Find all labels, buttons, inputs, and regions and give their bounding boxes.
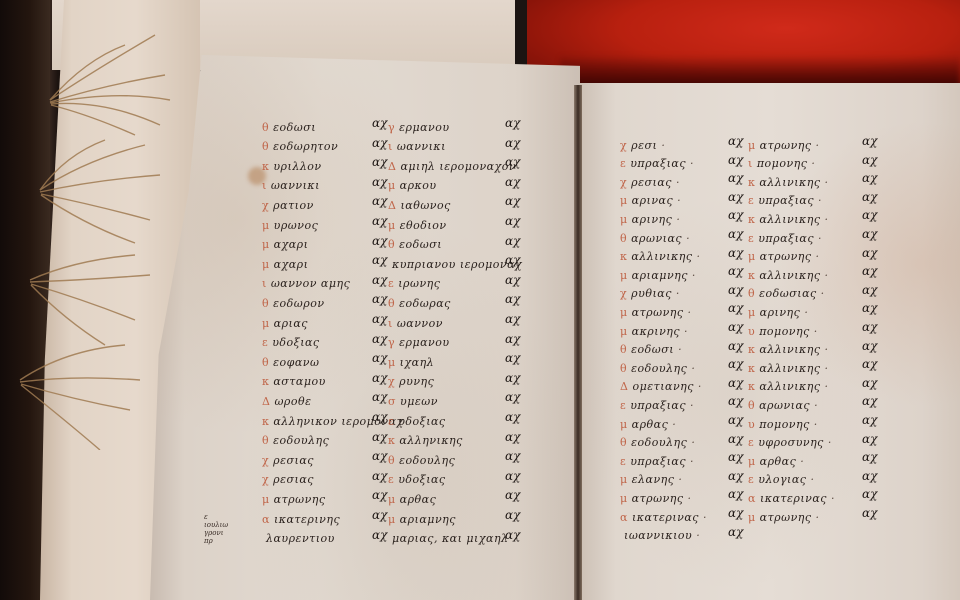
abbreviation-mark: αχ	[505, 371, 520, 385]
abbreviation-mark: αχ	[505, 136, 520, 150]
rubricated-initial: γ	[388, 336, 395, 349]
abbreviation-mark: αχ	[505, 116, 520, 130]
abbreviation-mark: αχ	[728, 506, 743, 520]
manuscript-entry: υπομονης·	[748, 322, 822, 340]
manuscript-entry: μαρινας·	[620, 192, 685, 210]
rubricated-initial: θ	[388, 297, 395, 310]
entry-name: αριαμνης	[632, 269, 688, 282]
entry-name: πομονης	[757, 157, 808, 170]
manuscript-entry: καλλινικης·	[748, 266, 833, 284]
abbreviation-mark: αχ	[728, 246, 743, 260]
abbreviation-mark: αχ	[862, 357, 877, 371]
abbreviation-mark: αχ	[505, 430, 520, 444]
manuscript-entry: θεοδωρας	[388, 294, 451, 312]
abbreviation-mark: αχ	[505, 214, 520, 228]
rubricated-initial: χ	[620, 139, 627, 152]
entry-name: υπραξιας	[630, 455, 686, 468]
manuscript-entry: κυριλλον	[262, 157, 322, 175]
abbreviation-mark: αχ	[372, 508, 387, 522]
manuscript-entry: ιπομονης·	[748, 155, 819, 173]
entry-name: πομονης	[759, 418, 810, 431]
dot-separator: ·	[690, 157, 694, 170]
abbreviation-mark: αχ	[505, 390, 520, 404]
manuscript-entry: αικατερινας·	[620, 508, 711, 526]
rubricated-initial: μ	[748, 139, 756, 152]
rubricated-initial: ι	[388, 317, 393, 330]
rubricated-initial: υ	[748, 418, 755, 431]
manuscript-entry: ματρωνης·	[620, 303, 696, 321]
abbreviation-mark: αχ	[372, 469, 387, 483]
abbreviation-mark: αχ	[862, 227, 877, 241]
abbreviation-mark: αχ	[505, 332, 520, 346]
abbreviation-mark: αχ	[728, 376, 743, 390]
abbreviation-mark: αχ	[728, 525, 743, 539]
manuscript-entry: ευπραξιας·	[620, 452, 698, 470]
manuscript-entry: θαρωνιας·	[748, 396, 822, 414]
abbreviation-mark: αχ	[862, 264, 877, 278]
abbreviation-mark: αχ	[505, 175, 520, 189]
entry-name: ικατερινης	[274, 513, 340, 526]
abbreviation-mark: αχ	[728, 283, 743, 297]
abbreviation-mark: αχ	[728, 357, 743, 371]
dot-separator: ·	[814, 418, 818, 431]
dot-separator: ·	[691, 436, 695, 449]
rubricated-initial: κ	[262, 415, 269, 428]
cover-edge	[515, 0, 527, 70]
abbreviation-mark: αχ	[728, 487, 743, 501]
dot-separator: ·	[814, 325, 818, 338]
rubricated-initial: μ	[748, 511, 756, 524]
manuscript-entry: ευπραξιας·	[620, 155, 698, 173]
fiber-tuft-icon	[15, 340, 145, 450]
rubricated-initial: μ	[620, 492, 628, 505]
dot-separator: ·	[692, 269, 696, 282]
rubricated-initial: χ	[262, 473, 269, 486]
dot-separator: ·	[825, 269, 829, 282]
entry-name: αλλινικης	[631, 250, 692, 263]
rubricated-initial: χ	[388, 375, 395, 388]
entry-name: υμεων	[400, 395, 438, 408]
entry-name: εοδουλης	[631, 436, 687, 449]
rubricated-initial: θ	[620, 362, 627, 375]
abbreviation-mark: αχ	[372, 371, 387, 385]
manuscript-entry: θεοδουλης	[262, 432, 329, 450]
abbreviation-mark: αχ	[728, 301, 743, 315]
entry-name: ακρινης	[632, 325, 680, 338]
manuscript-entry: μαρινης·	[748, 303, 812, 321]
abbreviation-mark: αχ	[505, 469, 520, 483]
abbreviation-mark: αχ	[728, 469, 743, 483]
entry-name: εοδουλης	[399, 454, 455, 467]
rubricated-initial: σ	[388, 395, 396, 408]
rubricated-initial: χ	[262, 454, 269, 467]
rubricated-initial: υ	[748, 325, 755, 338]
entry-name: ωαννον	[397, 317, 443, 330]
entry-name: αρθας	[632, 418, 669, 431]
entry-name: υπραξιας	[758, 232, 814, 245]
manuscript-entry: ιωαννικι	[388, 138, 446, 156]
rubricated-initial: ε	[262, 336, 268, 349]
abbreviation-mark: αχ	[505, 312, 520, 326]
manuscript-entry: ματρωνης·	[748, 248, 824, 266]
entry-name: ρυνης	[399, 375, 434, 388]
dot-separator: ·	[825, 213, 829, 226]
manuscript-entry: θεοφανω	[262, 353, 319, 371]
rubricated-initial: α	[262, 513, 270, 526]
abbreviation-mark: αχ	[728, 413, 743, 427]
manuscript-entry: ιωαννικιου·	[620, 527, 704, 545]
manuscript-entry: καλλινικης·	[748, 341, 833, 359]
manuscript-entry: συμεων	[388, 392, 438, 410]
rubricated-initial: μ	[262, 238, 270, 251]
abbreviation-mark: αχ	[372, 136, 387, 150]
entry-name: ερμανου	[399, 121, 449, 134]
entry-name: υπραξιας	[630, 399, 686, 412]
dot-separator: ·	[690, 455, 694, 468]
rubricated-initial: μ	[262, 258, 270, 271]
abbreviation-mark: αχ	[728, 153, 743, 167]
abbreviation-mark: αχ	[862, 208, 877, 222]
entry-name: ατρωνης	[632, 306, 684, 319]
manuscript-entry: καλλινικης·	[748, 210, 833, 228]
abbreviation-mark: αχ	[505, 273, 520, 287]
entry-name: αλλινικης	[759, 362, 820, 375]
entry-name: αρθας	[760, 455, 797, 468]
abbreviation-mark: αχ	[505, 351, 520, 365]
manuscript-entry: χρεσιας	[262, 451, 314, 469]
manuscript-entry: καλληνικης	[388, 432, 463, 450]
abbreviation-mark: αχ	[862, 190, 877, 204]
manuscript-entry: μαχαρι	[262, 236, 308, 254]
rubricated-initial: θ	[748, 287, 755, 300]
abbreviation-mark: αχ	[505, 253, 520, 267]
entry-name: εοδουλης	[273, 434, 329, 447]
manuscript-entry: ευπραξιας·	[748, 229, 826, 247]
manuscript-entry: χρυθιας·	[620, 285, 684, 303]
rubricated-initial: α	[620, 511, 628, 524]
dot-separator: ·	[816, 250, 820, 263]
dot-separator: ·	[814, 399, 818, 412]
rubricated-initial: ι	[748, 157, 753, 170]
dot-separator: ·	[698, 380, 702, 393]
entry-name: αρθας	[400, 493, 437, 506]
rubricated-initial: μ	[262, 317, 270, 330]
manuscript-entry: ιωαννον αμης	[262, 275, 350, 293]
abbreviation-mark: αχ	[505, 194, 520, 208]
entry-name: ελανης	[632, 473, 675, 486]
entry-name: υρωνος	[274, 219, 319, 232]
dot-separator: ·	[696, 529, 700, 542]
abbreviation-mark: αχ	[862, 134, 877, 148]
manuscript-entry: γερμανου	[388, 118, 450, 136]
abbreviation-mark: αχ	[862, 320, 877, 334]
entry-name: ατρωνης	[632, 492, 684, 505]
dot-separator: ·	[828, 436, 832, 449]
rubricated-initial: μ	[748, 306, 756, 319]
rubricated-initial: κ	[748, 176, 755, 189]
manuscript-entry: ιωαννον	[388, 314, 443, 332]
abbreviation-mark: αχ	[728, 190, 743, 204]
rubricated-initial: μ	[620, 194, 628, 207]
entry-name: ρεσιας	[631, 176, 672, 189]
abbreviation-mark: αχ	[372, 273, 387, 287]
rubricated-initial: κ	[620, 250, 627, 263]
manuscript-entry: γερμανου	[388, 334, 450, 352]
dot-separator: ·	[684, 325, 688, 338]
abbreviation-mark: αχ	[372, 449, 387, 463]
dot-separator: ·	[818, 194, 822, 207]
manuscript-entry: ευπραξιας·	[748, 192, 826, 210]
manuscript-entry: ευφροσυνης·	[748, 434, 836, 452]
manuscript-entry: αικατερινας·	[748, 489, 839, 507]
rubricated-initial: μ	[620, 306, 628, 319]
rubricated-initial: μ	[388, 356, 396, 369]
abbreviation-mark: αχ	[372, 351, 387, 365]
rubricated-initial: θ	[388, 454, 395, 467]
rubricated-initial: ε	[748, 473, 754, 486]
entry-name: αλλινικης	[759, 213, 820, 226]
dot-separator: ·	[811, 157, 815, 170]
rubricated-initial: μ	[388, 179, 396, 192]
rubricated-initial: θ	[262, 140, 269, 153]
entry-name: ρατιον	[273, 199, 314, 212]
manuscript-entry: κυπριανου ιερομοναχ	[388, 255, 522, 273]
rubricated-initial: θ	[748, 399, 755, 412]
rubricated-initial: χ	[620, 176, 627, 189]
entry-name: ασταμου	[273, 375, 325, 388]
manuscript-entry: χρεσι·	[620, 136, 669, 154]
entry-name: εοδωσι	[273, 121, 316, 134]
dot-separator: ·	[800, 455, 804, 468]
abbreviation-mark: αχ	[728, 264, 743, 278]
dot-separator: ·	[677, 194, 681, 207]
entry-name: αλλινικης	[759, 343, 820, 356]
margin-note: ε ιουλιω γρονι πρ	[204, 513, 228, 545]
manuscript-entry: ματρωνης	[262, 490, 326, 508]
abbreviation-mark: αχ	[862, 413, 877, 427]
abbreviation-mark: αχ	[862, 394, 877, 408]
margin-note-line: γρονι	[204, 529, 228, 537]
entry-name: αχαρι	[274, 258, 309, 271]
manuscript-entry: Δαμιηλ ιερομοναχον	[388, 157, 516, 175]
rubricated-initial: μ	[262, 493, 270, 506]
manuscript-entry: μαρθας·	[620, 415, 680, 433]
entry-name: ρεσιας	[273, 454, 314, 467]
abbreviation-mark: αχ	[372, 292, 387, 306]
margin-note-line: ε	[204, 513, 228, 521]
entry-name: ατρωνης	[760, 511, 812, 524]
entry-name: υδοξιας	[398, 415, 445, 428]
abbreviation-mark: αχ	[372, 430, 387, 444]
abbreviation-mark: αχ	[728, 450, 743, 464]
fiber-tuft-icon	[35, 135, 165, 245]
dot-separator: ·	[821, 287, 825, 300]
dot-separator: ·	[691, 362, 695, 375]
abbreviation-mark: αχ	[862, 171, 877, 185]
abbreviation-mark: αχ	[505, 449, 520, 463]
dot-separator: ·	[804, 306, 808, 319]
abbreviation-mark: αχ	[862, 246, 877, 260]
manuscript-entry: θεοδωρον	[262, 294, 325, 312]
entry-name: αχαρι	[274, 238, 309, 251]
rubricated-initial: ε	[620, 455, 626, 468]
manuscript-entry: μαχαρι	[262, 255, 308, 273]
manuscript-entry: Διαθωνος	[388, 196, 451, 214]
entry-name: αρκου	[400, 179, 437, 192]
dot-separator: ·	[825, 343, 829, 356]
rubricated-initial: ε	[620, 157, 626, 170]
manuscript-entry: Δομετιανης·	[620, 378, 706, 396]
manuscript-entry: μαρινης·	[620, 210, 684, 228]
entry-name: ιρωνης	[398, 277, 440, 290]
rubricated-initial: ι	[262, 277, 267, 290]
rubricated-initial: ι	[262, 179, 267, 192]
abbreviation-mark: αχ	[372, 312, 387, 326]
dot-separator: ·	[688, 306, 692, 319]
entry-name: αμιηλ ιερομοναχον	[400, 160, 516, 173]
rubricated-initial: μ	[620, 325, 628, 338]
manuscript-entry: καλλινικης·	[748, 359, 833, 377]
manuscript-entry: κασταμου	[262, 373, 326, 391]
abbreviation-mark: αχ	[862, 450, 877, 464]
abbreviation-mark: αχ	[372, 194, 387, 208]
entry-name: υπραξιας	[630, 157, 686, 170]
abbreviation-mark: αχ	[505, 488, 520, 502]
manuscript-photo: θεοδωσιαχθεοδωρητοναχκυριλλοναχιωαννικια…	[0, 0, 960, 600]
manuscript-entry: θεοδωρητον	[262, 138, 338, 156]
manuscript-entry: αικατερινης	[262, 510, 340, 528]
abbreviation-mark: αχ	[505, 528, 520, 542]
entry-name: ιχαηλ	[400, 356, 434, 369]
dot-separator: ·	[676, 176, 680, 189]
abbreviation-mark: αχ	[372, 488, 387, 502]
entry-name: υδοξιας	[272, 336, 319, 349]
abbreviation-mark: αχ	[862, 469, 877, 483]
rubricated-initial: χ	[620, 287, 627, 300]
abbreviation-mark: αχ	[505, 292, 520, 306]
manuscript-entry: ευλογιας·	[748, 471, 818, 489]
entry-name: υφροσυνης	[758, 436, 824, 449]
rubricated-initial: μ	[620, 418, 628, 431]
entry-name: ωροθε	[274, 395, 311, 408]
rubricated-initial: ι	[388, 140, 393, 153]
manuscript-entry: θεοδουλης·	[620, 359, 699, 377]
dot-separator: ·	[686, 232, 690, 245]
manuscript-entry: μαριας, και μιχαηλ	[388, 530, 509, 548]
rubricated-initial: θ	[262, 121, 269, 134]
rubricated-initial: θ	[620, 232, 627, 245]
abbreviation-mark: αχ	[728, 339, 743, 353]
entry-name: αρωνιας	[759, 399, 810, 412]
dot-separator: ·	[831, 492, 835, 505]
dot-separator: ·	[676, 287, 680, 300]
abbreviation-mark: αχ	[728, 320, 743, 334]
margin-note-line: ιουλιω	[204, 521, 228, 529]
dot-separator: ·	[678, 343, 682, 356]
manuscript-entry: χρεσιας	[262, 471, 314, 489]
entry-name: ωαννικι	[397, 140, 446, 153]
manuscript-entry: καλλινικης·	[748, 173, 833, 191]
manuscript-entry: ματρωνης·	[748, 508, 824, 526]
manuscript-entry: μαριαμνης·	[620, 266, 700, 284]
entry-name: πομονης	[759, 325, 810, 338]
rubricated-initial: θ	[262, 356, 269, 369]
entry-name: κυπριανου ιερομοναχ	[392, 258, 522, 271]
rubricated-initial: μ	[388, 219, 396, 232]
rubricated-initial: θ	[388, 238, 395, 251]
manuscript-entry: θεοδωσι·	[620, 341, 686, 359]
manuscript-entry: μακρινης·	[620, 322, 692, 340]
abbreviation-mark: αχ	[372, 155, 387, 169]
entry-name: αριας	[274, 317, 308, 330]
rubricated-initial: μ	[262, 219, 270, 232]
abbreviation-mark: αχ	[372, 410, 387, 424]
margin-note-line: πρ	[204, 537, 228, 545]
entry-name: αρινης	[760, 306, 801, 319]
abbreviation-mark: αχ	[728, 394, 743, 408]
entry-name: ρεσι	[631, 139, 657, 152]
entry-name: υριλλον	[273, 160, 321, 173]
entry-name: αλλινικης	[759, 176, 820, 189]
manuscript-entry: μεθοδιον	[388, 216, 447, 234]
manuscript-entry: μαρκου	[388, 177, 437, 195]
abbreviation-mark: αχ	[372, 332, 387, 346]
rubricated-initial: μ	[620, 473, 628, 486]
entry-name: αρινας	[632, 194, 673, 207]
abbreviation-mark: αχ	[372, 234, 387, 248]
rubricated-initial: α	[748, 492, 756, 505]
entry-name: ερμανου	[399, 336, 449, 349]
abbreviation-mark: αχ	[728, 208, 743, 222]
entry-name: αριαμνης	[400, 513, 456, 526]
rubricated-initial: κ	[748, 362, 755, 375]
manuscript-entry: μαριαμνης	[388, 510, 456, 528]
rubricated-initial: Δ	[388, 199, 396, 212]
rubricated-initial: ε	[748, 194, 754, 207]
entry-name: ομετιανης	[632, 380, 693, 393]
entry-name: αρινης	[632, 213, 673, 226]
rubricated-initial: μ	[748, 250, 756, 263]
manuscript-entry: μαρθας	[388, 490, 436, 508]
dot-separator: ·	[825, 362, 829, 375]
rubricated-initial: κ	[748, 213, 755, 226]
entry-name: ικατερινας	[760, 492, 827, 505]
abbreviation-mark: αχ	[728, 171, 743, 185]
rubricated-initial: θ	[620, 436, 627, 449]
entry-name: ατρωνης	[760, 139, 812, 152]
manuscript-entry: μιχαηλ	[388, 353, 434, 371]
manuscript-entry: χρυνης	[388, 373, 434, 391]
manuscript-entry: θεοδωσι	[262, 118, 316, 136]
manuscript-entry: ματρωνης·	[748, 136, 824, 154]
manuscript-entry: χρατιον	[262, 196, 314, 214]
abbreviation-mark: αχ	[862, 506, 877, 520]
abbreviation-mark: αχ	[728, 432, 743, 446]
manuscript-entry: μελανης·	[620, 471, 686, 489]
manuscript-entry: καλλινικης·	[748, 378, 833, 396]
abbreviation-mark: αχ	[505, 410, 520, 424]
rubricated-initial: Δ	[262, 395, 270, 408]
dot-separator: ·	[676, 213, 680, 226]
entry-name: εοφανω	[273, 356, 319, 369]
rubricated-initial: γ	[388, 121, 395, 134]
entry-name: υλογιας	[758, 473, 806, 486]
manuscript-entry: καλλινικης·	[620, 248, 705, 266]
dot-separator: ·	[697, 250, 701, 263]
dot-separator: ·	[690, 399, 694, 412]
rubricated-initial: κ	[262, 375, 269, 388]
entry-name: ρυθιας	[631, 287, 672, 300]
